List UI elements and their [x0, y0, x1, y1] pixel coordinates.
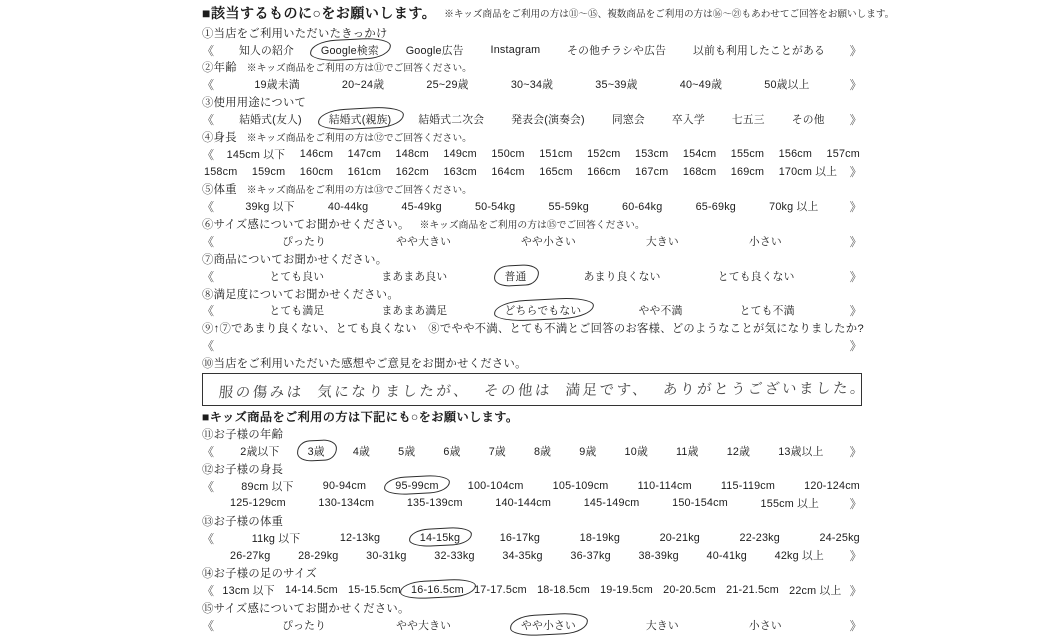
- form-header-note: ※キッズ商品をご利用の方は⑪～⑮、複数商品をご利用の方は⑯～㉑もあわせてご回答を…: [444, 6, 894, 20]
- option: 19歳未満: [252, 77, 301, 92]
- question-label-line: ⑨↑⑦であまり良くない、とても良くない ⑧でやや不満、とても不満とご回答のお客様…: [202, 320, 862, 337]
- option: 150cm: [489, 148, 526, 160]
- option-row: 《145cm 以下146cm147cm148cm149cm150cm151cm1…: [202, 146, 862, 163]
- open-bracket: 《: [202, 76, 214, 93]
- option: 5歳: [396, 444, 417, 459]
- question-label: ⑫お子様の身長: [202, 461, 283, 477]
- option-row: 《13cm 以下14-14.5cm15-15.5cm16-16.5cm17-17…: [202, 582, 862, 599]
- option: Instagram: [489, 44, 543, 56]
- option: 65-69kg: [694, 201, 738, 213]
- option-row: 《19歳未満20~24歳25~29歳30~34歳35~39歳40~49歳50歳以…: [202, 76, 862, 93]
- open-bracket: 《: [202, 233, 214, 250]
- option: 以前も利用したことがある: [691, 43, 827, 58]
- option: 150-154cm: [670, 497, 730, 509]
- question-label: ⑭お子様の足のサイズ: [202, 565, 317, 581]
- question-label: ⑤体重: [202, 181, 237, 197]
- option: まあまあ良い: [379, 269, 449, 284]
- option: 38-39kg: [636, 550, 680, 562]
- option: 145-149cm: [582, 497, 642, 509]
- close-bracket: 》: [850, 268, 862, 285]
- option: 166cm: [585, 166, 622, 178]
- option-row: 《とても良いまあまあ良い普通あまり良くないとても良くない》: [202, 267, 862, 284]
- question-label-line: ⑪お子様の年齢: [202, 425, 862, 442]
- question-note: ※キッズ商品をご利用の方は⑬でご回答ください。: [247, 182, 472, 196]
- option: 162cm: [394, 166, 431, 178]
- option: 140-144cm: [493, 497, 553, 509]
- option: 小さい: [747, 234, 784, 249]
- option-circled: 結婚式(親族): [327, 112, 394, 127]
- option-circled: やや小さい: [519, 618, 578, 633]
- question-label: ⑧満足度についてお聞かせください。: [202, 286, 399, 302]
- option: 151cm: [537, 148, 574, 160]
- option: 170cm 以上: [777, 164, 840, 179]
- question-label: ③使用用途について: [202, 94, 306, 110]
- open-bracket: 《: [202, 302, 214, 319]
- option: 11歳: [674, 444, 701, 459]
- option: 147cm: [346, 148, 383, 160]
- kids-section-header: ■キッズ商品をご利用の方は下記にも○をお願いします。: [202, 408, 862, 425]
- option: 34-35kg: [500, 550, 544, 562]
- option: 28-29kg: [296, 550, 340, 562]
- open-bracket: 《: [202, 617, 214, 634]
- option-row: 《結婚式(友人)結婚式(親族)結婚式二次会発表会(演奏会)同窓会卒入学七五三その…: [202, 111, 862, 128]
- option: 155cm: [729, 148, 766, 160]
- option: 22cm 以上: [787, 583, 843, 598]
- option-circled: 95-99cm: [393, 480, 440, 492]
- close-bracket: 》: [850, 443, 862, 460]
- option: 18-18.5cm: [535, 584, 592, 596]
- option: 12-13kg: [338, 532, 382, 544]
- question-label: ④身長: [202, 129, 237, 145]
- question-note: ※キッズ商品をご利用の方は⑪でご回答ください。: [247, 60, 472, 74]
- option: 卒入学: [670, 112, 707, 127]
- option: 159cm: [250, 166, 287, 178]
- question-label-line: ④身長※キッズ商品をご利用の方は⑫でご回答ください。: [202, 128, 862, 145]
- option: その他: [790, 112, 827, 127]
- option: 35~39歳: [593, 77, 639, 92]
- close-bracket: 》: [850, 337, 862, 354]
- question-label-line: ⑦商品についてお聞かせください。: [202, 250, 862, 267]
- option: 大きい: [644, 618, 681, 633]
- option: 40-41kg: [705, 550, 749, 562]
- option: とても満足: [267, 303, 326, 318]
- question-label: ⑬お子様の体重: [202, 513, 283, 529]
- close-bracket: 》: [850, 42, 862, 59]
- option-circled: 16-16.5cm: [409, 584, 466, 596]
- option-circled: Google検索: [319, 43, 381, 58]
- option: 157cm: [825, 148, 862, 160]
- option: あまり良くない: [582, 269, 663, 284]
- question-note: ※キッズ商品をご利用の方は⑮でご回答ください。: [420, 217, 645, 231]
- close-bracket: 》: [850, 302, 862, 319]
- option-circled: どちらでもない: [503, 303, 584, 318]
- option-row: 《2歳以下3歳4歳5歳6歳7歳8歳9歳10歳11歳12歳13歳以上》: [202, 443, 862, 460]
- option: ぴったり: [280, 618, 328, 633]
- option: 小さい: [747, 618, 784, 633]
- option: 32-33kg: [432, 550, 476, 562]
- option: 135-139cm: [405, 497, 465, 509]
- option: 20-20.5cm: [661, 584, 718, 596]
- option: 60-64kg: [620, 201, 664, 213]
- option: 40~49歳: [678, 77, 724, 92]
- option: 6歳: [441, 444, 462, 459]
- form-header: ■該当するものに○をお願いします。 ※キッズ商品をご利用の方は⑪～⑮、複数商品を…: [202, 2, 862, 24]
- option: まあまあ満足: [379, 303, 449, 318]
- option: 14-14.5cm: [283, 584, 340, 596]
- option: 165cm: [537, 166, 574, 178]
- option: やや小さい: [519, 234, 578, 249]
- question-label-line: ⑩当店をご利用いただいた感想やご意見をお聞かせください。: [202, 354, 862, 371]
- question-label: ①当店をご利用いただいたきっかけ: [202, 25, 388, 41]
- option-circled: 普通: [503, 269, 529, 284]
- option: 12歳: [725, 444, 752, 459]
- option: やや不満: [637, 303, 685, 318]
- option: 50歳以上: [762, 77, 811, 92]
- survey-page: ■該当するものに○をお願いします。 ※キッズ商品をご利用の方は⑪～⑮、複数商品を…: [202, 2, 862, 634]
- option: 25~29歳: [424, 77, 470, 92]
- option: 40-44kg: [326, 201, 370, 213]
- question-label-line: ②年齢※キッズ商品をご利用の方は⑪でご回答ください。: [202, 59, 862, 76]
- question-label-line: ③使用用途について: [202, 94, 862, 111]
- comment-box: 服の傷みは 気になりましたが、 その他は 満足です、 ありがとうございました。: [202, 373, 862, 406]
- option: 11kg 以下: [250, 531, 303, 546]
- question-label: ⑩当店をご利用いただいた感想やご意見をお聞かせください。: [202, 355, 527, 371]
- option: 55-59kg: [547, 201, 591, 213]
- option: 160cm: [298, 166, 335, 178]
- close-bracket: 》: [850, 111, 862, 128]
- option: 39kg 以下: [243, 199, 296, 214]
- question-label-line: ⑮サイズ感についてお聞かせください。: [202, 599, 862, 616]
- option: 152cm: [585, 148, 622, 160]
- option-row: 《とても満足まあまあ満足どちらでもないやや不満とても不満》: [202, 302, 862, 319]
- option: 19-19.5cm: [598, 584, 655, 596]
- open-bracket: 《: [202, 111, 214, 128]
- option: 110-114cm: [636, 480, 694, 492]
- option: 125-129cm: [228, 497, 288, 509]
- question-label: ⑪お子様の年齢: [202, 426, 283, 442]
- option: 結婚式(友人): [237, 112, 304, 127]
- question-label: ⑨↑⑦であまり良くない、とても良くない ⑧でやや不満、とても不満とご回答のお客様…: [202, 320, 864, 336]
- option: 90-94cm: [321, 480, 368, 492]
- option: 167cm: [633, 166, 670, 178]
- option-row: 《89cm 以下90-94cm95-99cm100-104cm105-109cm…: [202, 477, 862, 494]
- close-bracket: 》: [850, 547, 862, 564]
- open-bracket: 《: [202, 146, 214, 163]
- option: 153cm: [633, 148, 670, 160]
- question-label-line: ⑧満足度についてお聞かせください。: [202, 285, 862, 302]
- option: とても良い: [267, 269, 326, 284]
- option: 145cm 以下: [225, 147, 288, 162]
- option: 発表会(演奏会): [509, 112, 587, 127]
- option: 89cm 以下: [239, 479, 295, 494]
- option: 36-37kg: [568, 550, 612, 562]
- option: 146cm: [298, 148, 335, 160]
- option: 21-21.5cm: [724, 584, 781, 596]
- open-bracket: 《: [202, 443, 214, 460]
- handwritten-comment: 服の傷みは 気になりましたが、 その他は 満足です、 ありがとうございました。: [218, 377, 868, 403]
- option: 7歳: [487, 444, 508, 459]
- question-label: ⑦商品についてお聞かせください。: [202, 251, 387, 267]
- option-row: 《》: [202, 337, 862, 354]
- option: 13歳以上: [776, 444, 825, 459]
- option: その他チラシや広告: [565, 43, 668, 58]
- option: 158cm: [202, 166, 239, 178]
- option: 30-31kg: [364, 550, 408, 562]
- option: 115-119cm: [719, 480, 777, 492]
- option: 30~34歳: [509, 77, 555, 92]
- open-bracket: 《: [202, 268, 214, 285]
- option: 22-23kg: [738, 532, 782, 544]
- question-label-line: ⑭お子様の足のサイズ: [202, 564, 862, 581]
- close-bracket: 》: [850, 495, 862, 512]
- question-label-line: ⑬お子様の体重: [202, 512, 862, 529]
- form-title: ■該当するものに○をお願いします。: [202, 3, 436, 23]
- question-label-line: ⑥サイズ感についてお聞かせください。※キッズ商品をご利用の方は⑮でご回答ください…: [202, 215, 862, 232]
- open-bracket: 《: [202, 42, 214, 59]
- question-note: ※キッズ商品をご利用の方は⑫でご回答ください。: [247, 130, 472, 144]
- close-bracket: 》: [850, 163, 862, 180]
- option: 4歳: [351, 444, 372, 459]
- question-label-line: ⑤体重※キッズ商品をご利用の方は⑬でご回答ください。: [202, 181, 862, 198]
- option-row: 125-129cm130-134cm135-139cm140-144cm145-…: [202, 495, 862, 512]
- option: 結婚式二次会: [416, 112, 486, 127]
- close-bracket: 》: [850, 233, 862, 250]
- option-row: 《11kg 以下12-13kg14-15kg16-17kg18-19kg20-2…: [202, 530, 862, 547]
- option: 同窓会: [610, 112, 647, 127]
- question-label-line: ⑫お子様の身長: [202, 460, 862, 477]
- option: 155cm 以上: [759, 496, 822, 511]
- option: 20~24歳: [340, 77, 386, 92]
- option: ぴったり: [280, 234, 328, 249]
- option: 9歳: [577, 444, 598, 459]
- option: 156cm: [777, 148, 814, 160]
- option: 15-15.5cm: [346, 584, 403, 596]
- option: やや大きい: [394, 618, 453, 633]
- close-bracket: 》: [850, 582, 862, 599]
- option: 168cm: [681, 166, 718, 178]
- option: 24-25kg: [817, 532, 861, 544]
- question-label: ⑥サイズ感についてお聞かせください。: [202, 216, 410, 232]
- option-row: 《ぴったりやや大きいやや小さい大きい小さい》: [202, 617, 862, 634]
- questions-container: ①当店をご利用いただいたきっかけ《知人の紹介Google検索Google広告In…: [202, 24, 862, 634]
- option: 70kg 以上: [767, 199, 820, 214]
- option: 10歳: [623, 444, 650, 459]
- option: 8歳: [532, 444, 553, 459]
- option: 20-21kg: [658, 532, 702, 544]
- option: 100-104cm: [466, 480, 526, 492]
- option: 164cm: [489, 166, 526, 178]
- option: 42kg 以上: [773, 548, 826, 563]
- option: 50-54kg: [473, 201, 517, 213]
- close-bracket: 》: [850, 617, 862, 634]
- option: 知人の紹介: [237, 43, 296, 58]
- open-bracket: 《: [202, 530, 214, 547]
- option: 45-49kg: [399, 201, 443, 213]
- option: 16-17kg: [498, 532, 542, 544]
- option: 154cm: [681, 148, 718, 160]
- option: 120-124cm: [802, 480, 862, 492]
- option-circled: 3歳: [306, 444, 327, 459]
- close-bracket: 》: [850, 76, 862, 93]
- question-label: ⑮サイズ感についてお聞かせください。: [202, 600, 410, 616]
- option: 149cm: [441, 148, 478, 160]
- option: 169cm: [729, 166, 766, 178]
- option: 大きい: [644, 234, 681, 249]
- option-row: 26-27kg28-29kg30-31kg32-33kg34-35kg36-37…: [202, 547, 862, 564]
- option: 161cm: [346, 166, 383, 178]
- option: Google広告: [404, 43, 466, 58]
- option: やや大きい: [394, 234, 453, 249]
- open-bracket: 《: [202, 198, 214, 215]
- option: 2歳以下: [238, 444, 281, 459]
- option: 26-27kg: [228, 550, 272, 562]
- option: とても良くない: [716, 269, 797, 284]
- open-bracket: 《: [202, 582, 214, 599]
- option: 130-134cm: [316, 497, 376, 509]
- open-bracket: 《: [202, 478, 214, 495]
- option: とても不満: [738, 303, 797, 318]
- option-row: 《知人の紹介Google検索Google広告Instagramその他チラシや広告…: [202, 41, 862, 58]
- option: 148cm: [394, 148, 431, 160]
- close-bracket: 》: [850, 198, 862, 215]
- option: 17-17.5cm: [472, 584, 529, 596]
- option-circled: 14-15kg: [418, 532, 462, 544]
- option: 163cm: [441, 166, 478, 178]
- option: 七五三: [730, 112, 767, 127]
- question-label: ②年齢: [202, 59, 237, 75]
- option-row: 《39kg 以下40-44kg45-49kg50-54kg55-59kg60-6…: [202, 198, 862, 215]
- option: 105-109cm: [551, 480, 611, 492]
- open-bracket: 《: [202, 337, 214, 354]
- option: 18-19kg: [578, 532, 622, 544]
- option: 13cm 以下: [220, 583, 276, 598]
- option-row: 158cm159cm160cm161cm162cm163cm164cm165cm…: [202, 163, 862, 180]
- question-label-line: ①当店をご利用いただいたきっかけ: [202, 24, 862, 41]
- option-row: 《ぴったりやや大きいやや小さい大きい小さい》: [202, 233, 862, 250]
